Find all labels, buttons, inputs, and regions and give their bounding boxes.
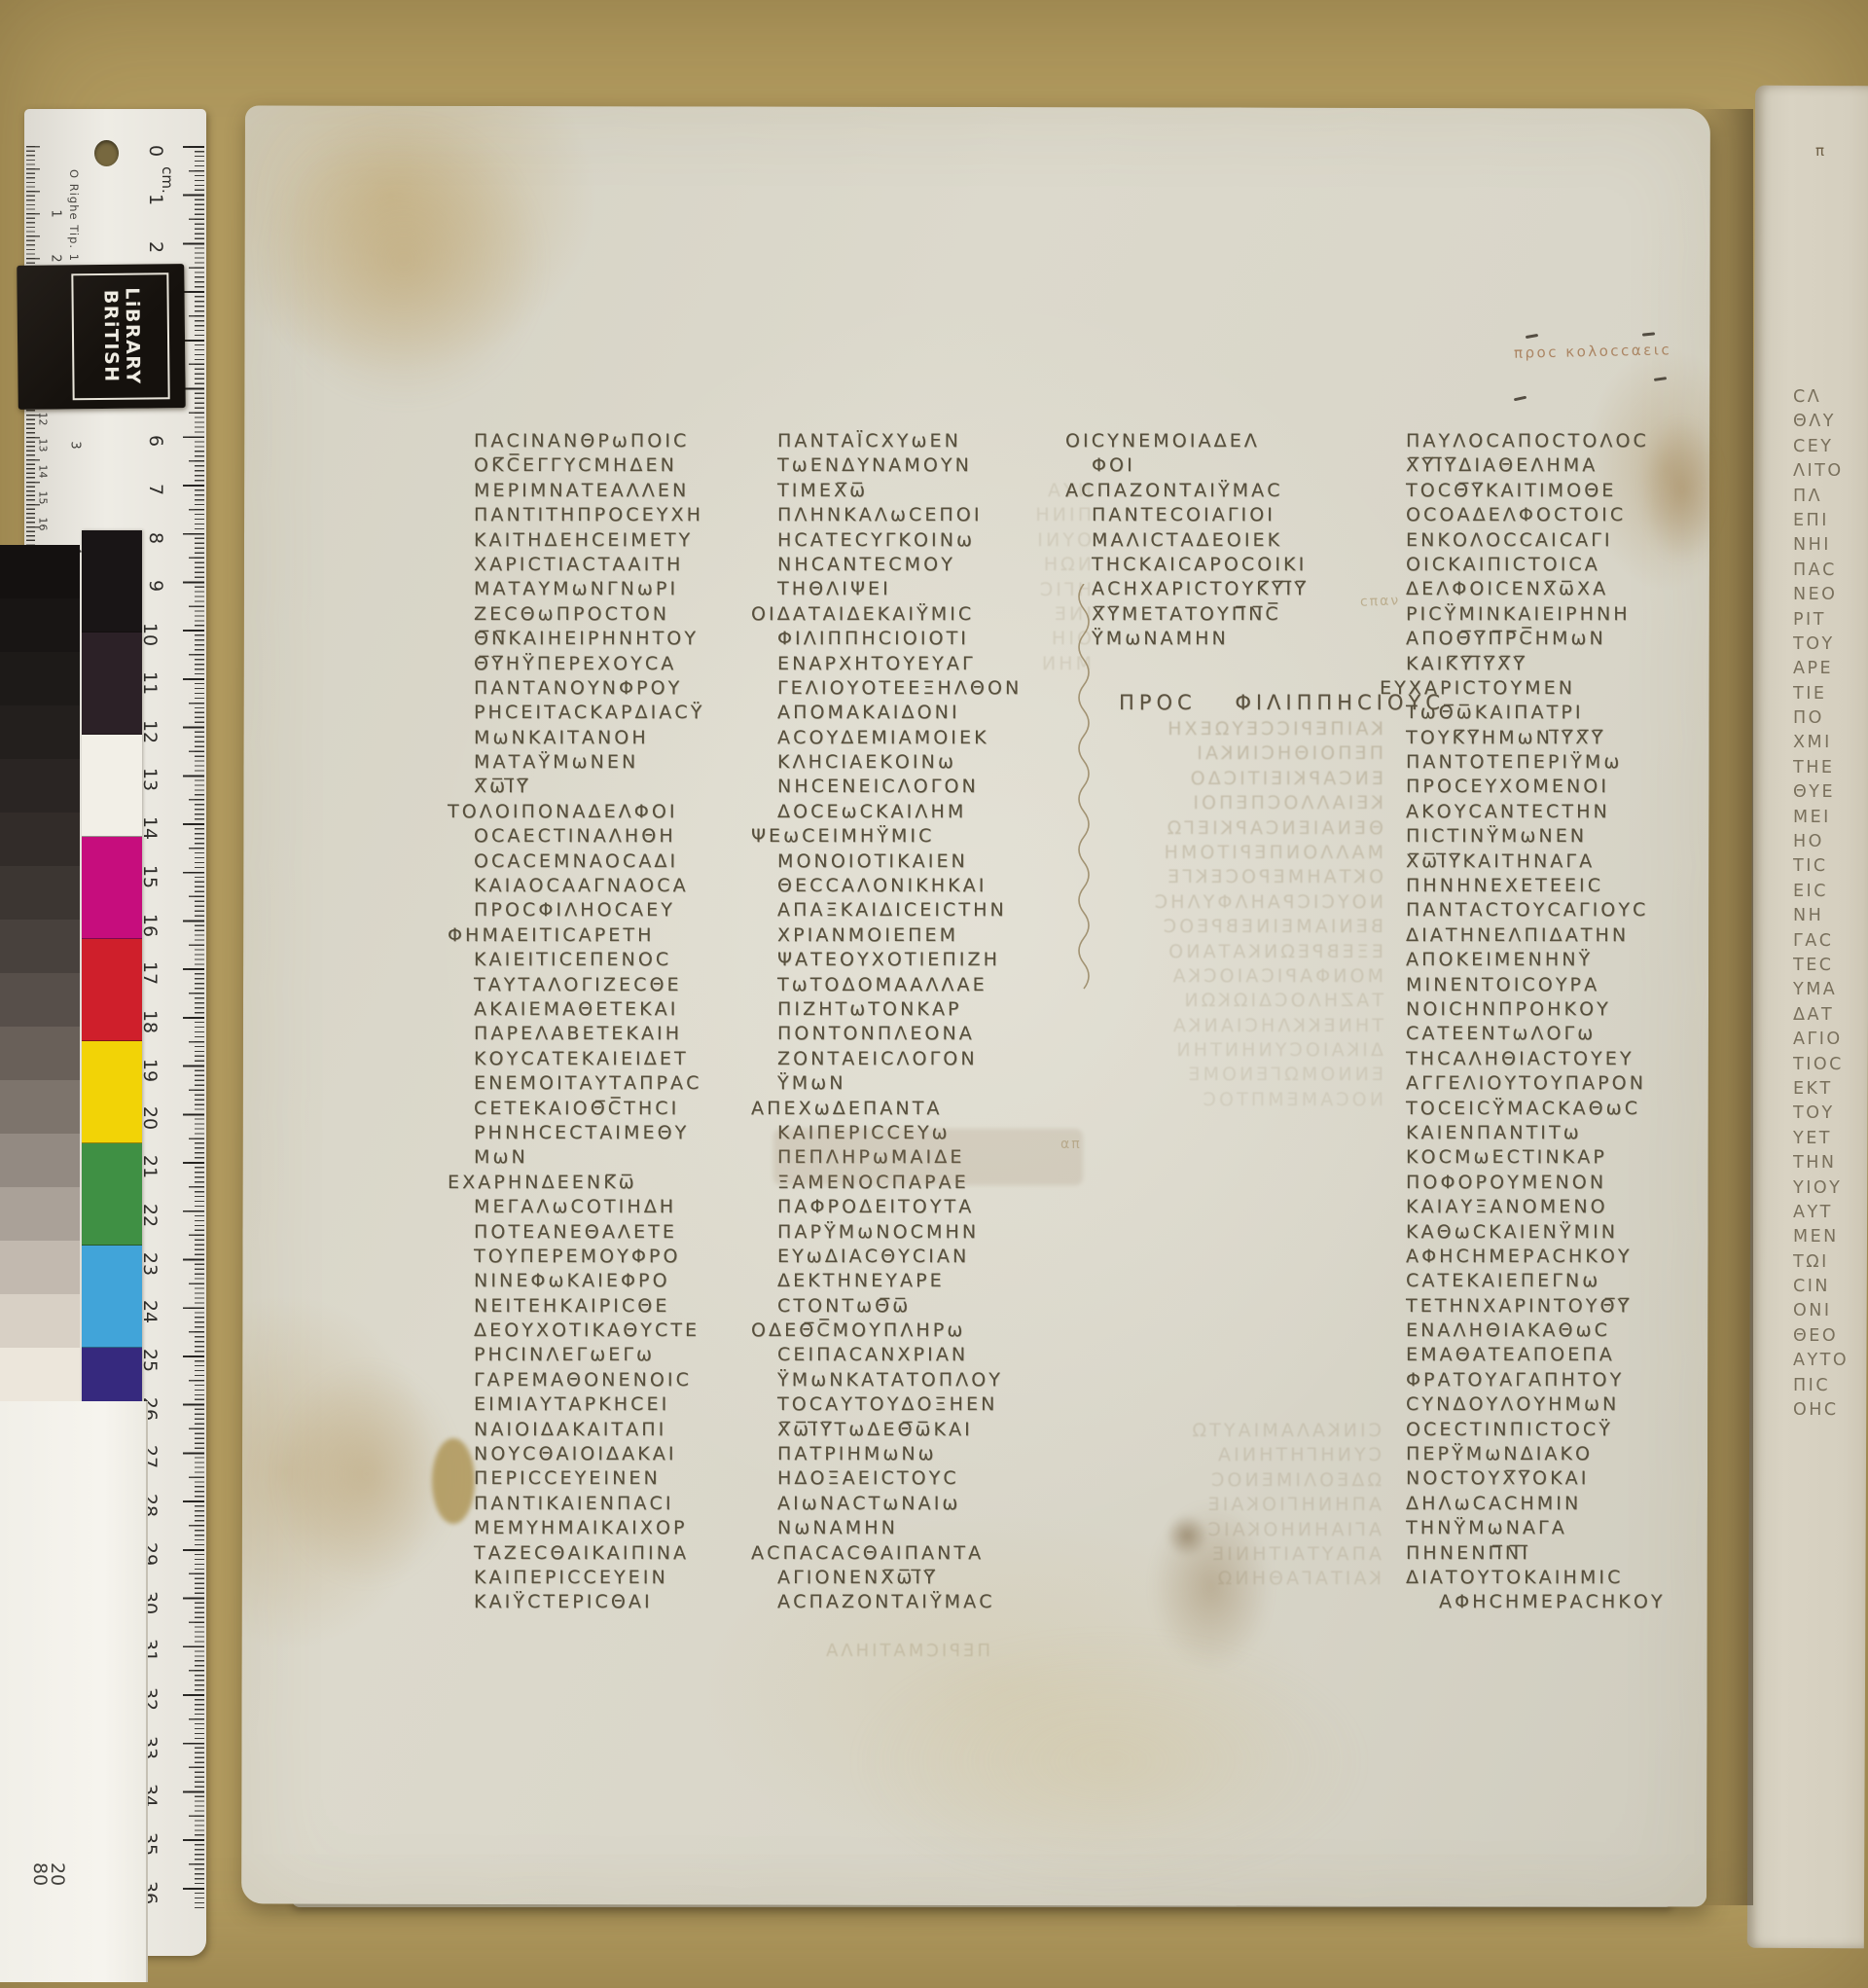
ruler-cm-number: 11	[139, 671, 161, 695]
text-line: Θ̅Ν̅ΚΑΙΗΕΙΡΗΝΗΤΟΥ	[474, 627, 777, 651]
colour-patch	[82, 1041, 142, 1143]
fragment-line: ΝΕΟ	[1793, 583, 1868, 607]
ghost-line: ΚΑΙΤΑΓΑΘΗΝΩ	[1099, 1567, 1382, 1591]
fragment-line: ΠΛ	[1793, 485, 1868, 509]
text-line: ΑΠΕΧωΔΕΠΑΝΤΑ	[751, 1097, 1081, 1121]
fragment-line: ΠΙC	[1793, 1374, 1868, 1398]
ruler-cm-number: 25	[139, 1349, 161, 1372]
fragment-line: ΡΙΤ	[1793, 608, 1868, 633]
ghost-line: ΘΕΝΑΙΕΝCΑΡΚΙΕΓΩ	[1092, 816, 1383, 841]
text-line: ΟCΑΕCΤΙΝΑΛΗΘΗ	[474, 824, 777, 849]
text-line: ΡΗΝΗCΕCΤΑΙΜΕΘΥ	[474, 1121, 777, 1145]
fragment-line: ΜΕΙ	[1793, 806, 1868, 830]
text-line: CΤΟΝΤωΘ̅ω̅	[777, 1294, 1081, 1319]
text-line: ΟCΕCΤΙΝΠΙCΤΟCΫ	[1406, 1418, 1709, 1442]
grayscale-step	[0, 1348, 80, 1401]
text-line: ΠΕΡΙCCΕΥΕΙΝΕΝ	[474, 1466, 777, 1491]
fragment-line: ΟΝΙ	[1793, 1299, 1868, 1323]
ruler-cm-number: 8	[145, 532, 166, 544]
ghost-line: ΔΙΚΑΙΟCΥΝΗΝΤΗΝ	[1092, 1038, 1383, 1063]
grayscale-step	[0, 813, 80, 866]
text-column-3: ΟΙCΥΝΕΜΟΙΑΔΕΛΦΟΙΑCΠΑΖΟΝΤΑΙΫΜΑCΠΑΝΤΕCΟΙΑΓ…	[1092, 429, 1395, 652]
text-line: ΠΟΤΕΑΝΕΘΑΛΕΤΕ	[474, 1220, 777, 1245]
photo-stage: CΛΘΛΥCΕΥΛΙΤΟΠΛΕΠΙΝΗΙΠΑCΝΕΟΡΙΤΤΟΥΑΡΕΤΙΕΠΟ…	[0, 0, 1868, 1988]
text-line: ΨΑΤΕΟΥΧΟΤΙΕΠΙΖΗ	[777, 948, 1081, 972]
text-line: CΕΤΕΚΑΙΟΘ̅C̅ΤΗCΙ	[474, 1097, 777, 1121]
text-line: ΕΥωΔΙΑCΘΥCΙΑΝ	[777, 1245, 1081, 1269]
ruler-unit-label: cm.	[159, 166, 176, 194]
grayscale-step	[0, 1294, 80, 1348]
grayscale-step	[0, 920, 80, 973]
text-line: ΤΑΖΕCΘΑΙΚΑΙΠΙΝΑ	[474, 1541, 777, 1566]
text-line: ΜΑΤΑΥΜωΝΓΝωΡΙ	[474, 577, 777, 601]
text-line: ΝΑΙΟΙΔΑΚΑΙΤΑΠΙ	[474, 1418, 777, 1442]
text-line: ΝΟCΤΟΥΧ̅Υ̅ΟΚΑΙ	[1406, 1466, 1709, 1491]
grayscale-step	[0, 545, 80, 598]
text-line: ΠΑΦΡΟΔΕΙΤΟΥΤΑ	[777, 1195, 1081, 1219]
text-line: ΜΕΜΥΗΜΑΙΚΑΙΧΟΡ	[474, 1516, 777, 1540]
text-line: ΟΙΔΑΤΑΙΔΕΚΑΙΫΜΙC	[751, 602, 1081, 627]
ruler-ticks-left-lower	[26, 401, 35, 542]
grayscale-step	[0, 866, 80, 920]
fragment-line: ΛΙΤΟ	[1793, 459, 1868, 484]
text-line: ΑΙωΝΑCΤωΝΑΙω	[777, 1492, 1081, 1516]
text-line: ΟΔΕΘ̅C̅ΜΟΥΠΛΗΡω	[751, 1319, 1081, 1343]
ghost-line: CΙΝΚΑΛΑΜΙΑΥΤΩ	[1099, 1419, 1382, 1443]
fragment-line: CΕΥ	[1793, 435, 1868, 459]
text-line: ΚΟΥCΑΤΕΚΑΙΕΙΔΕΤ	[474, 1047, 777, 1071]
text-line: ΡΗCΕΙΤΑCΚΑΡΔΙΑCΫ	[474, 701, 777, 725]
text-line: ΚΑΙΫCΤΕΡΙCΘΑΙ	[474, 1590, 777, 1614]
text-line: ΤΗΝΫΜωΝΑΓΑ	[1406, 1516, 1709, 1540]
text-line: CΥΝΔΟΥΛΟΥΗΜωΝ	[1406, 1392, 1709, 1417]
text-line: ΧΡΙΑΝΜΟΙΕΠΕΜ	[777, 923, 1081, 948]
ruler-cm-number: 20	[139, 1106, 161, 1130]
text-line: ΗCΑΤΕCΥΓΚΟΙΝω	[777, 528, 1081, 553]
ruler-cm-number: 24	[139, 1300, 161, 1323]
text-line: ΠΛΗΝΚΑΛωCΕΠΟΙ	[777, 503, 1081, 527]
fragment-line: ΤΟΥ	[1793, 1102, 1868, 1126]
fragment-line: ΝΗ	[1793, 904, 1868, 928]
text-line: ΜΕΓΑΛωCΟΤΙΗΔΗ	[474, 1195, 777, 1219]
text-line: ΚΑΙΠΕΡΙCCΕΥΕΙΝ	[474, 1566, 777, 1590]
ghost-line: ΝΟΥCΙCΡΑΗΛΦΥΛΗC	[1092, 890, 1383, 915]
colour-patch	[82, 939, 142, 1041]
text-line: ΤΟCΕΙCΫΜΑCΚΑΘωC	[1406, 1097, 1709, 1121]
text-line: Χ̅Υ̅Ι̅Υ̅ΔΙΑΘΕΛΗΜΑ	[1406, 453, 1709, 478]
text-line: ΨΕωCΕΙΜΗΫΜΙC	[751, 824, 1081, 849]
text-line: ΜωΝΚΑΙΤΑΝΟΗ	[474, 726, 777, 750]
text-line: ΤΗCΚΑΙCΑΡΟCΟΙΚΙ	[1092, 553, 1395, 577]
ruler-left-number: 14	[37, 465, 50, 479]
fragment-line: ΤΙΟC	[1793, 1053, 1868, 1077]
text-line: ΑΠΟΚΕΙΜΕΝΗΝΫ	[1406, 948, 1709, 972]
text-line: ΚΑΙΑΟCΑΑΓΝΑΟCΑ	[474, 874, 777, 898]
text-line: ΗΔΟΞΑΕΙCΤΟΥC	[777, 1466, 1081, 1491]
text-line: ΚΑΙΕΝΠΑΝΤΙΤω	[1406, 1121, 1709, 1145]
text-line: ΑΦΗCΗΜΕΡΑCΗΚΟΥ	[1439, 1590, 1709, 1614]
grayscale-step	[0, 1027, 80, 1080]
ghost-line: ΚΕΙΑΛΛΟCΠΕΠΟΙ	[1092, 791, 1383, 815]
text-line: ΦΗΜΑΕΙΤΙCΑΡΕΤΗ	[448, 923, 777, 948]
text-line: ΝΕΙΤΕΗΚΑΙΡΙCΘΕ	[474, 1294, 777, 1319]
fragment-line: ΕΚΤ	[1793, 1077, 1868, 1102]
text-line: ΠΑΝΤΑΝΟΥΝΦΡΟΥ	[474, 676, 777, 701]
ruler-cm-number: 22	[139, 1204, 161, 1227]
sheet-code-top: 20	[49, 1862, 66, 1886]
ruler-cm-number: 15	[139, 865, 161, 888]
text-line: ΑΠΟΜΑΚΑΙΔΟΝΙ	[777, 701, 1081, 725]
text-line: ΤΟΛΟΙΠΟΝΑΔΕΛΦΟΙ	[448, 800, 777, 824]
text-line: ΤΙΜΕΧ̅ω̅	[777, 479, 1081, 503]
ruler-ticks-cm	[183, 146, 204, 1909]
text-line: ΜΟΝΟΙΟΤΙΚΑΙΕΝ	[777, 849, 1081, 874]
text-line: ΟCΟΑΔΕΛΦΟCΤΟΙC	[1406, 503, 1709, 527]
text-line: ΑCΠΑΖΟΝΤΑΙΫΜΑC	[777, 1590, 1081, 1614]
text-line: ΫΜωΝΚΑΤΑΤΟΠΛΟΥ	[777, 1368, 1081, 1392]
text-line: ΑΦΗCΗΜΕΡΑCΗΚΟΥ	[1406, 1245, 1709, 1269]
text-line: ΧΑΡΙCΤΙΑCΤΑΑΙΤΗ	[474, 553, 777, 577]
ruler-left-number: 13	[37, 439, 50, 452]
text-line: ΚΟCΜωΕCΤΙΝΚΑΡ	[1406, 1145, 1709, 1170]
text-line: ΤΑΥΤΑΛΟΓΙΖΕCΘΕ	[474, 973, 777, 997]
fragment-line: ΑΥΤ	[1793, 1201, 1868, 1225]
ghost-line: ΜΑΛΛΟΝΠΕΡΙΤΟΜΗ	[1092, 841, 1383, 865]
text-line: ΚΑΘωCΚΑΙΕΝΫΜΙΝ	[1406, 1220, 1709, 1245]
ruler-cm-number: 2	[145, 241, 166, 253]
ruler-cm-number: 1	[145, 194, 166, 205]
text-line: ΔΕΚΤΗΝΕΥΑΡΕ	[777, 1269, 1081, 1293]
text-line: ΑCΟΥΔΕΜΙΑΜΟΙΕΚ	[777, 726, 1081, 750]
text-line: ΤωΘ̅ω̅ΚΑΙΠΑΤΡΙ	[1406, 701, 1709, 725]
text-line: ΑΓΓΕΛΙΟΥΤΟΥΠΑΡΟΝ	[1406, 1071, 1709, 1096]
text-line: Χ̅ω̅Ι̅Υ̅ΤωΔΕΘ̅ω̅ΚΑΙ	[777, 1418, 1081, 1442]
fragment-line: ΤΩΙ	[1793, 1250, 1868, 1275]
text-line: ΠΑΝΤΑCΤΟΥCΑΓΙΟΥC	[1406, 898, 1709, 922]
text-line: ΦΡΑΤΟΥΑΓΑΠΗΤΟΥ	[1406, 1368, 1709, 1392]
fragment-line: ΤΙC	[1793, 854, 1868, 879]
text-line: ΠΑΝΤΙΚΑΙΕΝΠΑCΙ	[474, 1492, 777, 1516]
fragment-line: ΜΕΝ	[1793, 1225, 1868, 1249]
text-line: ΠΗΝΕΝΠ̅Ν̅Ι̅	[1406, 1541, 1709, 1566]
fragment-line: ΑΥΤΟ	[1793, 1349, 1868, 1373]
text-line: Θ̅Υ̅ΗΫΠΕΡΕΧΟΥCΑ	[474, 652, 777, 676]
text-line: ΟΚ̅C̅ΕΓΓΥCΜΗΔΕΝ	[474, 453, 777, 478]
ruler-left-number: 1	[49, 209, 63, 217]
fragment-line: ΤΕC	[1793, 954, 1868, 978]
text-line: CΑΤΕΕΝΤωΛΟΓω	[1406, 1022, 1709, 1046]
text-line: ΔΟCΕωCΚΑΙΛΗΜ	[777, 800, 1081, 824]
fragment-line: ΕΙC	[1793, 880, 1868, 904]
fragment-line: ΘΕΟ	[1793, 1324, 1868, 1349]
text-line: ΠΑΝΤΙΤΗΠΡΟCΕΥΧΗ	[474, 503, 777, 527]
text-line: ΑΠΟΘ̅Υ̅Π̅Ρ̅C̅ΗΜωΝ	[1406, 627, 1709, 651]
ghost-line: ΜΟΝΦΑΡΙCΑΙΟCΚΑ	[1092, 964, 1383, 989]
text-line: ΠΑΡΫΜωΝΟCΜΗΝ	[777, 1220, 1081, 1245]
next-leaf-text-fragments: CΛΘΛΥCΕΥΛΙΤΟΠΛΕΠΙΝΗΙΠΑCΝΕΟΡΙΤΤΟΥΑΡΕΤΙΕΠΟ…	[1793, 385, 1868, 1436]
corrected-text-smudge	[773, 1129, 1083, 1185]
text-line: ΓΕΛΙΟΥΟΤΕΕΞΗΛΘΟΝ	[777, 676, 1081, 701]
ghost-line: ΠΕΠΟΙΘΗCΙΝΚΑΙ	[1092, 741, 1383, 766]
fragment-line: ΥΕΤ	[1793, 1127, 1868, 1151]
text-line: ΜΑΛΙCΤΑΔΕΟΙΕΚ	[1092, 528, 1395, 553]
text-line: ΚΛΗCΙΑΕΚΟΙΝω	[777, 750, 1081, 775]
fragment-line: ΤΗΝ	[1793, 1151, 1868, 1175]
ruler-left-number: 12	[37, 413, 50, 426]
ghost-line: ΩΔΕΟΛΙΜΕΝΟC	[1099, 1468, 1382, 1493]
fragment-line: ΧΜΙ	[1793, 731, 1868, 755]
ghost-line: ΕΝCΑΡΚΙΕΙΤΙCΔΟ	[1092, 767, 1383, 791]
ghost-line: ΚΑΙΠΕΡΙCCΕΥΩΕΧΗ	[1092, 717, 1383, 741]
text-line: ΔΕΟΥΧΟΤΙΚΑΘΥCΤΕ	[474, 1319, 777, 1343]
text-line: ΔΙΑΤΗΝΕΛΠΙΔΑΤΗΝ	[1406, 923, 1709, 948]
text-line: ΑCΗΧΑΡΙCΤΟΥΚ̅Υ̅Ι̅Υ̅	[1092, 577, 1395, 601]
text-line: ΤΗCΑΛΗΘΙΑCΤΟΥΕΥ	[1406, 1047, 1709, 1071]
fragment-line: ΕΠΙ	[1793, 509, 1868, 533]
sheet-code-bottom: 80	[31, 1862, 49, 1886]
ruler-cm-number: 10	[139, 623, 161, 646]
text-line: ΝΙΝΕΦωΚΑΙΕΦΡΟ	[474, 1269, 777, 1293]
text-line: ΔΗΛωCΑCΗΜΙΝ	[1406, 1492, 1709, 1516]
text-line: Χ̅ω̅Ι̅Υ̅ΚΑΙΤΗΝΑΓΑ	[1406, 849, 1709, 874]
text-line: Χ̅Υ̅ΜΕΤΑΤΟΥΠ̅Ν̅C̅	[1092, 602, 1395, 627]
text-line: ΑΓΙΟΝΕΝΧ̅ω̅Ι̅Υ̅	[777, 1566, 1081, 1590]
fragment-line: ΠΟ	[1793, 706, 1868, 731]
text-line: ΔΕΛΦΟΙCΕΝΧ̅ω̅ΧΑ	[1406, 577, 1709, 601]
bleedthrough-text-lower: CΙΝΚΑΛΑΜΙΑΥΤΩCΥΝΗΓΗΤΗΝΙΑΩΔΕΟΛΙΜΕΝΟCΑΠΗΝΗ…	[1099, 1419, 1382, 1592]
text-line: ΝωΝΑΜΗΝ	[777, 1516, 1081, 1540]
text-line: ΜΑΤΑΫΜωΝΕΝ	[474, 750, 777, 775]
text-line: ΖΟΝΤΑΕΙCΛΟΓΟΝ	[777, 1047, 1081, 1071]
text-line: ΕΧΑΡΗΝΔΕΕΝΚ̅ω̅	[448, 1171, 777, 1195]
ghost-line: CΥΝΗΓΗΤΗΝΙΑ	[1099, 1443, 1382, 1467]
ruler-cm-number: 12	[139, 720, 161, 743]
text-line: ΕΝΕΜΟΙΤΑΥΤΑΠΡΑC	[474, 1071, 777, 1096]
text-line: ΤΟCΘ̅Υ̅ΚΑΙΤΙΜΟΘΕ	[1406, 479, 1709, 503]
fragment-line: ΑΡΕ	[1793, 657, 1868, 681]
text-line: ΚΑΙΚ̅Υ̅Ι̅Υ̅Χ̅Υ̅	[1406, 652, 1709, 676]
text-line: ΠΙΖΗΤωΤΟΝΚΑΡ	[777, 997, 1081, 1022]
colour-patch	[82, 530, 142, 633]
text-line: ΠΗΝΗΝΕΧΕΤΕΕΙC	[1406, 874, 1709, 898]
text-line: ΟΙCΥΝΕΜΟΙΑΔΕΛ	[1065, 429, 1395, 453]
text-line: ΤΗΘΛΙΨΕΙ	[777, 577, 1081, 601]
colour-patch	[82, 735, 142, 837]
ruler-hole	[94, 140, 119, 166]
fragment-line: CΛ	[1793, 385, 1868, 410]
bleedthrough-line-below-col2: ΠΕΡΙCΜΑΤΙΗΛΑ	[823, 1641, 990, 1661]
text-line: ΤΟCΑΥΤΟΥΔΟΞΗΕΝ	[777, 1392, 1081, 1417]
ghost-line: ΑΠΑΥΤΑΙΤΗΝΙΕ	[1099, 1542, 1382, 1567]
fragment-line: ΤΟΥ	[1793, 633, 1868, 657]
text-line: ΤΕΤΗΝΧΑΡΙΝΤΟΥΘ̅Υ̅	[1406, 1294, 1709, 1319]
text-line: CΑΤΕΚΑΙΕΠΕΓΝω	[1406, 1269, 1709, 1293]
text-line: ΘΕCCΑΛΟΝΙΚΗΚΑΙ	[777, 874, 1081, 898]
ruler-left-number: 15	[37, 491, 50, 505]
text-line: ΡΙCΫΜΙΝΚΑΙΕΙΡΗΝΗ	[1406, 602, 1709, 627]
ghost-line: ΟΚΤΑΗΜΕΡΟCΕΚΓΕ	[1092, 865, 1383, 889]
text-line: ΟΙCΚΑΙΠΙCΤΟΙCΑ	[1406, 553, 1709, 577]
ghost-line: ΝΟCΑΜΕΜΠΤΟC	[1092, 1088, 1383, 1112]
ruler-cm-number: 19	[139, 1059, 161, 1082]
running-note-colossians: προc κολοccαειc	[1514, 341, 1671, 361]
label-line: LiBRARY	[120, 287, 142, 385]
ghost-line: ΑΓΙΑΗΝΗΟΚΑΙC	[1099, 1518, 1382, 1542]
fragment-line: ΗΟ	[1793, 830, 1868, 854]
text-line: ΠΑΡΕΛΑΒΕΤΕΚΑΙΗ	[474, 1022, 777, 1046]
text-line: ΜωΝ	[474, 1145, 777, 1170]
fragment-line: ΘΛΥ	[1793, 410, 1868, 434]
text-line: ΔΙΑΤΟΥΤΟΚΑΙΗΜΙC	[1406, 1566, 1709, 1590]
grayscale-step	[0, 598, 80, 652]
text-line: ΝΟΙCΗΝΠΡΟΗΚΟΥ	[1406, 997, 1709, 1022]
grayscale-step	[0, 1187, 80, 1241]
ruler-cm-number: 23	[139, 1251, 161, 1275]
ghost-line: ΤΗΝΕΚΚΛΗCΙΑΝΚΑ	[1092, 1014, 1383, 1038]
ruler-left-label: O Righe Tip. 1	[67, 169, 81, 262]
text-line: ΠΡΟCΦΙΛΗΟCΑΕΥ	[474, 898, 777, 922]
text-line: ΝΗCΕΝΕΙCΛΟΓΟΝ	[777, 775, 1081, 799]
text-column-4: ΠΑΥΛΟCΑΠΟCΤΟΛΟCΧ̅Υ̅Ι̅Υ̅ΔΙΑΘΕΛΗΜΑΤΟCΘ̅Υ̅Κ…	[1406, 429, 1709, 1615]
text-line: ΕΝΑΛΗΘΙΑΚΑΘωC	[1406, 1319, 1709, 1343]
text-line: ΫΜωΝΑΜΗΝ	[1092, 627, 1395, 651]
text-line: ΠΟΝΤΟΝΠΛΕΟΝΑ	[777, 1022, 1081, 1046]
text-line: ΠΑΤΡΙΗΜωΝω	[777, 1442, 1081, 1466]
text-line: ΜΕΡΙΜΝΑΤΕΑΛΛΕΝ	[474, 479, 777, 503]
ruler-cm-number: 21	[139, 1155, 161, 1178]
colour-patch	[82, 1246, 142, 1348]
colour-patch	[82, 837, 142, 939]
ruler-cm-number: 16	[139, 913, 161, 936]
fragment-line: ΘΥΕ	[1793, 780, 1868, 805]
text-line: ΕΝΚΟΛΟCCΑΙCΑΓΙ	[1406, 528, 1709, 553]
text-line: ΜΙΝΕΝΤΟΙCΟΥΡΑ	[1406, 973, 1709, 997]
ruler-cm-number: 7	[145, 484, 166, 495]
ghost-line: ΕΝΝΟΜΩΓΕΝΟΜΕ	[1092, 1063, 1383, 1087]
british-library-label: LiBRARY BRiTISH	[17, 264, 186, 410]
grayscale-step	[0, 973, 80, 1027]
text-line: ΤΟΥΠΕΡΕΜΟΥΦΡΟ	[474, 1245, 777, 1269]
coronis-ornament	[1072, 584, 1094, 993]
text-line: CΕΙΠΑCΑΝΧΡΙΑΝ	[777, 1343, 1081, 1367]
grayscale-step	[0, 759, 80, 813]
text-line: ΤΟΥΚ̅Υ̅ΗΜωΝΙ̅Υ̅Χ̅Υ̅	[1406, 726, 1709, 750]
text-line: ΝΗCΑΝΤΕCΜΟΥ	[777, 553, 1081, 577]
ruler-cm-number: 9	[145, 580, 166, 592]
ruler-left-number: 3	[68, 441, 83, 449]
ruler-cm-number: 14	[139, 816, 161, 840]
text-line: ΕΝΑΡΧΗΤΟΥΕΥΑΓ	[777, 652, 1081, 676]
text-line: ΠΙCΤΙΝΫΜωΝΕΝ	[1406, 824, 1709, 849]
text-line: ΠΑΝΤΕCΟΙΑΓΙΟΙ	[1092, 503, 1395, 527]
ghost-line: ΤΑΖΗΛΟCΔΙΩΚΩΝ	[1092, 989, 1383, 1013]
text-line: ΝΟΥCΘΑΙΟΙΔΑΚΑΙ	[474, 1442, 777, 1466]
text-line: ΦΙΛΙΠΠΗCΙΟΙΟΤΙ	[777, 627, 1081, 651]
text-line: ΚΑΙΤΗΔΕΗCΕΙΜΕΤΥ	[474, 528, 777, 553]
text-line: ΑCΠΑCΑCΘΑΙΠΑΝΤΑ	[751, 1541, 1081, 1566]
fragment-line: ΤΗΕ	[1793, 756, 1868, 780]
fragment-line: ΟΗC	[1793, 1398, 1868, 1423]
text-line: ΠΑΝΤΑΪCΧΥωΕΝ	[777, 429, 1081, 453]
british-library-label-frame: LiBRARY BRiTISH	[71, 272, 169, 400]
text-line: ΡΗCΙΝΛΕΓωΕΓω	[474, 1343, 777, 1367]
text-line: ΚΑΙΑΥΞΑΝΟΜΕΝΟ	[1406, 1195, 1709, 1219]
fragment-line: ΝΗΙ	[1793, 533, 1868, 558]
text-line: ΚΑΙΕΙΤΙCΕΠΕΝΟC	[474, 948, 777, 972]
ruler-left-number: 16	[37, 518, 50, 531]
text-line: ΑΚΑΙΕΜΑΘΕΤΕΚΑΙ	[474, 997, 777, 1022]
fragment-line: ΥΜΑ	[1793, 978, 1868, 1002]
text-line: ΕΜΑΘΑΤΕΑΠΟΕΠΑ	[1406, 1343, 1709, 1367]
text-line: ΑΚΟΥCΑΝΤΕCΤΗΝ	[1406, 800, 1709, 824]
text-line: ΑΠΑΞΚΑΙΔΙCΕΙCΤΗΝ	[777, 898, 1081, 922]
text-column-2: ΠΑΝΤΑΪCΧΥωΕΝΤωΕΝΔΥΝΑΜΟΥΝΤΙΜΕΧ̅ω̅ΠΛΗΝΚΑΛω…	[777, 429, 1081, 1615]
text-line: Χ̅ω̅Ι̅Υ̅	[474, 775, 777, 799]
white-backing-sheet: 20 80	[0, 1401, 148, 1982]
fragment-line: ΥΙΟΥ	[1793, 1176, 1868, 1201]
ruler-cm-number: 6	[145, 435, 166, 447]
text-line: ΕΙΜΙΑΥΤΑΡΚΗCΕΙ	[474, 1392, 777, 1417]
fragment-line: ΑΓΙΟ	[1793, 1028, 1868, 1052]
fragment-line: CΙΝ	[1793, 1275, 1868, 1299]
ghost-line: ΕΞΕΒΡΕΩΝΚΑΤΑΝΟ	[1092, 940, 1383, 964]
grayscale-step	[0, 1080, 80, 1134]
grayscale-step	[0, 705, 80, 759]
text-line: ΟCΑCΕΜΝΑΟCΑΔΙ	[474, 849, 777, 874]
ghost-line: ΑΠΗΝΗΓΙΟΚΑΙΕ	[1099, 1493, 1382, 1517]
text-line: ΑCΠΑΖΟΝΤΑΙΫΜΑC	[1065, 479, 1395, 503]
marginal-correction: cπαν	[1360, 593, 1401, 609]
text-line: ΦΟΙ	[1092, 453, 1395, 478]
quire-mark: π	[1815, 142, 1824, 160]
ruler-cm-number: 17	[139, 961, 161, 985]
grayscale-calibration-strip	[0, 545, 80, 1401]
text-column-1: ΠΑCΙΝΑΝΘΡωΠΟΙCΟΚ̅C̅ΕΓΓΥCΜΗΔΕΝΜΕΡΙΜΝΑΤΕΑΛ…	[474, 429, 777, 1615]
grayscale-step	[0, 652, 80, 705]
text-line: ΫΜωΝ	[777, 1071, 1081, 1096]
colour-patch	[82, 1143, 142, 1246]
text-line: ΠΕΡΫΜωΝΔΙΑΚΟ	[1406, 1442, 1709, 1466]
bleedthrough-text-upper: ΚΑΙΠΕΡΙCCΕΥΩΕΧΗΠΕΠΟΙΘΗCΙΝΚΑΙΕΝCΑΡΚΙΕΙΤΙC…	[1092, 717, 1383, 1112]
text-line: ΠΑΝΤΟΤΕΠΕΡΙΫΜω	[1406, 750, 1709, 775]
ruler-left-number: 2	[49, 254, 63, 262]
text-line: ΤωΕΝΔΥΝΑΜΟΥΝ	[777, 453, 1081, 478]
text-line: ΠΟΦΟΡΟΥΜΕΝΟΝ	[1406, 1171, 1709, 1195]
label-line: BRiTISH	[99, 288, 122, 386]
text-line: ΓΑΡΕΜΑΘΟΝΕΝΟΙC	[474, 1368, 777, 1392]
colour-patch	[82, 633, 142, 735]
text-line: ΠΡΟCΕΥΧΟΜΕΝΟΙ	[1406, 775, 1709, 799]
text-line: ΤωΤΟΔΟΜΑΑΛΛΑΕ	[777, 973, 1081, 997]
subscription-philippians: ΠΡΟC ΦΙΛΙΠΠΗCΙΟΥC	[1119, 691, 1445, 714]
ruler-cm-number: 0	[145, 145, 166, 157]
british-library-label-text: LiBRARY BRiTISH	[99, 287, 143, 385]
text-line: ΠΑΥΛΟCΑΠΟCΤΟΛΟC	[1406, 429, 1709, 453]
fragment-line: ΤΙΕ	[1793, 682, 1868, 706]
fragment-line: ΔΑΤ	[1793, 1003, 1868, 1028]
grayscale-step	[0, 1241, 80, 1294]
ruler-cm-number: 18	[139, 1010, 161, 1033]
colour-calibration-strip	[82, 530, 142, 1450]
grayscale-step	[0, 1134, 80, 1187]
text-line: ΠΑCΙΝΑΝΘΡωΠΟΙC	[474, 429, 777, 453]
ruler-cm-number: 13	[139, 768, 161, 791]
ghost-line: ΒΕΝΙΑΜΕΙΝΕΒΡΕΟC	[1092, 915, 1383, 939]
fragment-line: ΠΑC	[1793, 559, 1868, 583]
text-line: ΖΕCΘωΠΡΟCΤΟΝ	[474, 602, 777, 627]
sheet-code: 20 80	[31, 1862, 66, 1886]
fragment-line: ΓΑC	[1793, 929, 1868, 954]
